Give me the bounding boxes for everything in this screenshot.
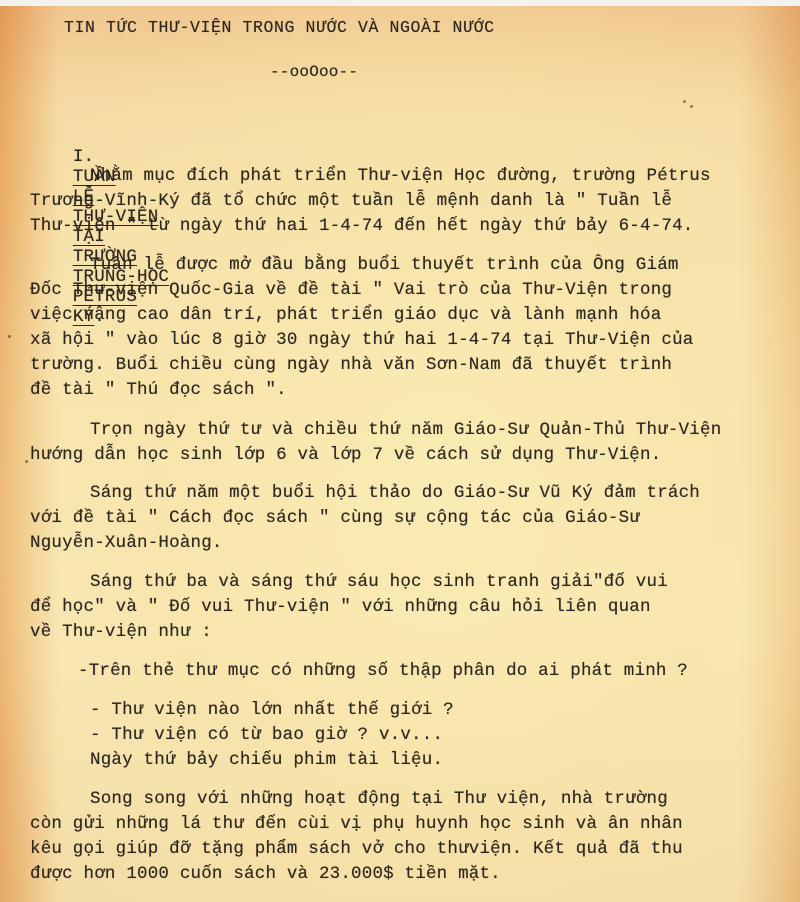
quiz-question-3: - Thư viện có từ bao giờ ? v.v... [90, 725, 443, 745]
paragraph-3-line-1: Trọn ngày thứ tư và chiều thứ năm Giáo-S… [90, 420, 721, 440]
scanned-document-page: TIN TỨC THƯ-VIỆN TRONG NƯỚC VÀ NGOÀI NƯỚ… [0, 0, 800, 902]
section-number: I. [73, 147, 94, 167]
paragraph-4-line-3: Nguyễn-Xuân-Hoàng. [30, 533, 223, 553]
separator: --ooOoo-- [270, 63, 358, 81]
document-title: TIN TỨC THƯ-VIỆN TRONG NƯỚC VÀ NGOÀI NƯỚ… [64, 18, 495, 37]
quiz-question-2: - Thư viện nào lớn nhất thế giới ? [90, 700, 454, 720]
paragraph-2-line-2: Đốc Thư-viện Quốc-Gia về đề tài " Vai tr… [30, 280, 672, 300]
paragraph-2-line-4: xã hội " vào lúc 8 giờ 30 ngày thứ hai 1… [30, 330, 694, 350]
paragraph-2-line-6: đề tài " Thú đọc sách ". [30, 380, 287, 400]
film-day-line: Ngày thứ bảy chiếu phim tài liệu. [90, 750, 443, 770]
paragraph-2-line-3: việc nâng cao dân trí, phát triển giáo d… [30, 305, 661, 325]
paragraph-8-line-4: được hơn 1000 cuốn sách và 23.000$ tiền … [30, 864, 501, 884]
paragraph-2-line-1: Tuần lễ được mở đầu bằng buổi thuyết trì… [90, 255, 679, 275]
paragraph-4-line-1: Sáng thứ năm một buổi hội thảo do Giáo-S… [90, 483, 700, 503]
paragraph-1-line-2: Trương-Vĩnh-Ký đã tổ chức một tuần lễ mệ… [30, 191, 672, 211]
paragraph-5-line-3: về Thư-viện như : [30, 622, 212, 642]
paper-speck [8, 335, 11, 338]
scan-border [0, 0, 800, 6]
quiz-question-1: -Trên thẻ thư mục có những số thập phân … [78, 661, 688, 681]
paragraph-1-line-3: Thư-viện " từ ngày thứ hai 1-4-74 đến hế… [30, 216, 694, 236]
paper-speck [25, 460, 28, 463]
paragraph-8-line-1: Song song với những hoạt động tại Thư vi… [90, 789, 668, 809]
paper-speck [690, 105, 693, 108]
paragraph-8-line-2: còn gửi những lá thư đến cùi vị phụ huyn… [30, 814, 683, 834]
paragraph-3-line-2: hướng dẫn học sinh lớp 6 và lớp 7 về các… [30, 445, 661, 465]
paragraph-5-line-1: Sáng thứ ba và sáng thứ sáu học sinh tra… [90, 572, 668, 592]
paragraph-2-line-5: trường. Buổi chiều cùng ngày nhà văn Sơn… [30, 355, 672, 375]
paragraph-8-line-3: kêu gọi giúp đỡ tặng phẩm sách vở cho th… [30, 839, 683, 859]
paragraph-5-line-2: để học" và " Đố vui Thư-viện " với những… [30, 597, 651, 617]
paper-speck [683, 100, 686, 103]
paragraph-1-line-1: Nhằm mục đích phát triển Thư-viện Học đư… [90, 166, 711, 186]
paragraph-4-line-2: với đề tài " Cách đọc sách " cùng sự cộn… [30, 508, 640, 528]
